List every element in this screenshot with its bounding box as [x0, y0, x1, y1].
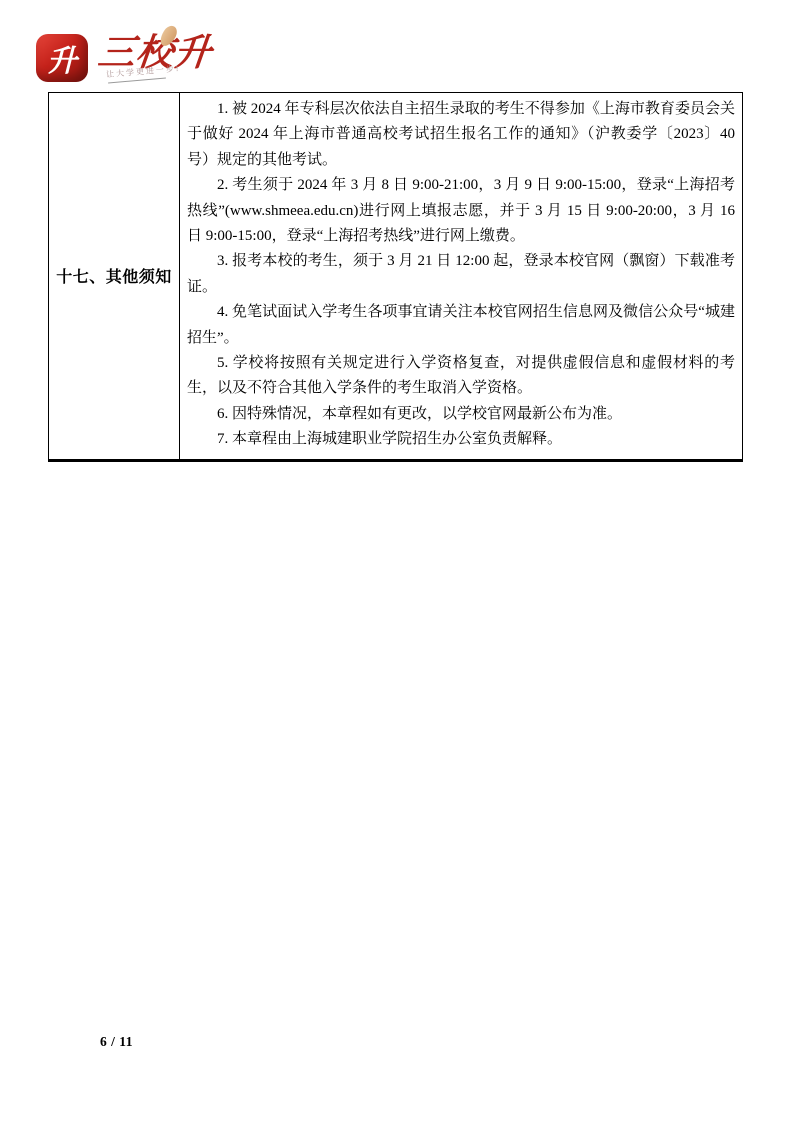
page-number: 6 / 11 [100, 1034, 133, 1050]
document-page: 升 三校升 让大学更进一步! 十七、其他须知 1. 被 2024 年专科层次依法… [0, 0, 794, 1123]
notice-paragraph-1: 1. 被 2024 年专科层次依法自主招生录取的考生不得参加《上海市教育委员会关… [187, 97, 735, 173]
notice-paragraph-4: 4. 免笔试面试入学考生各项事宜请关注本校官网招生信息网及微信公众号“城建招生”… [187, 300, 735, 351]
notice-table: 十七、其他须知 1. 被 2024 年专科层次依法自主招生录取的考生不得参加《上… [48, 92, 743, 462]
notice-paragraph-5: 5. 学校将按照有关规定进行入学资格复查，对提供虚假信息和虚假材料的考生，以及不… [187, 351, 735, 402]
notice-paragraph-6: 6. 因特殊情况，本章程如有更改，以学校官网最新公布为准。 [187, 402, 735, 427]
brand-icon-glyph: 升 [47, 36, 77, 80]
notice-paragraph-2: 2. 考生须于 2024 年 3 月 8 日 9:00-21:00，3 月 9 … [187, 173, 735, 249]
notice-paragraph-3: 3. 报考本校的考生，须于 3 月 21 日 12:00 起，登录本校官网（飘窗… [187, 249, 735, 300]
brand-app-icon: 升 [36, 34, 88, 82]
brand-logo: 升 三校升 让大学更进一步! [36, 22, 236, 88]
table-row-header: 十七、其他须知 [49, 93, 180, 459]
table-row-content: 1. 被 2024 年专科层次依法自主招生录取的考生不得参加《上海市教育委员会关… [180, 93, 742, 459]
notice-paragraph-7: 7. 本章程由上海城建职业学院招生办公室负责解释。 [187, 427, 735, 452]
